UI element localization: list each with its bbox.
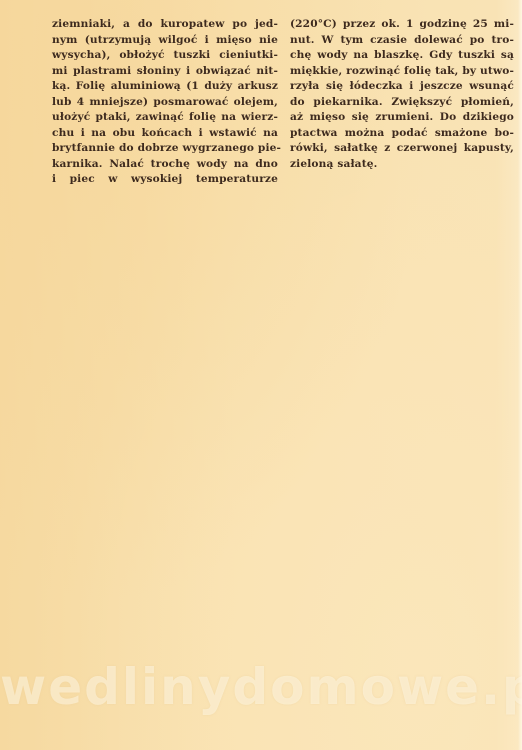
- text-line: brytfannie do dobrze wygrzanego pie-: [52, 141, 278, 157]
- text-line: ziemniaki, a do kuropatew po jed-: [52, 17, 278, 33]
- text-line: ką. Folię aluminiową (1 duży arkusz: [52, 79, 278, 95]
- text-line: wysycha), obłożyć tuszki cieniutki-: [52, 48, 278, 64]
- text-line: ułożyć ptaki, zawinąć folię na wierz-: [52, 110, 278, 126]
- text-line: chę wody na blaszkę. Gdy tuszki są: [290, 48, 514, 64]
- scanned-page: ziemniaki, a do kuropatew po jed- nym (u…: [0, 0, 522, 750]
- text-line: rówki, sałatkę z czerwonej kapusty,: [290, 141, 514, 157]
- text-line: miękkie, rozwinąć folię tak, by utwo-: [290, 64, 514, 80]
- text-line: chu i na obu końcach i wstawić na: [52, 126, 278, 142]
- text-line: (220°C) przez ok. 1 godzinę 25 mi-: [290, 17, 514, 33]
- page-edge: [518, 0, 522, 750]
- watermark: wedlinydomowe.pl: [0, 658, 522, 716]
- right-text-column: (220°C) przez ok. 1 godzinę 25 mi- nut. …: [290, 17, 514, 172]
- text-line: nut. W tym czasie dolewać po tro-: [290, 33, 514, 49]
- text-line: zieloną sałatę.: [290, 157, 514, 173]
- text-line: do piekarnika. Zwiększyć płomień,: [290, 95, 514, 111]
- left-text-column: ziemniaki, a do kuropatew po jed- nym (u…: [52, 17, 278, 188]
- text-line: i piec w wysokiej temperaturze: [52, 172, 278, 188]
- text-line: ptactwa można podać smażone bo-: [290, 126, 514, 142]
- text-line: nym (utrzymują wilgoć i mięso nie: [52, 33, 278, 49]
- text-line: karnika. Nalać trochę wody na dno: [52, 157, 278, 173]
- text-line: lub 4 mniejsze) posmarować olejem,: [52, 95, 278, 111]
- text-line: mi plastrami słoniny i obwiązać nit-: [52, 64, 278, 80]
- text-line: rzyła się łódeczka i jeszcze wsunąć: [290, 79, 514, 95]
- text-line: aż mięso się zrumieni. Do dzikiego: [290, 110, 514, 126]
